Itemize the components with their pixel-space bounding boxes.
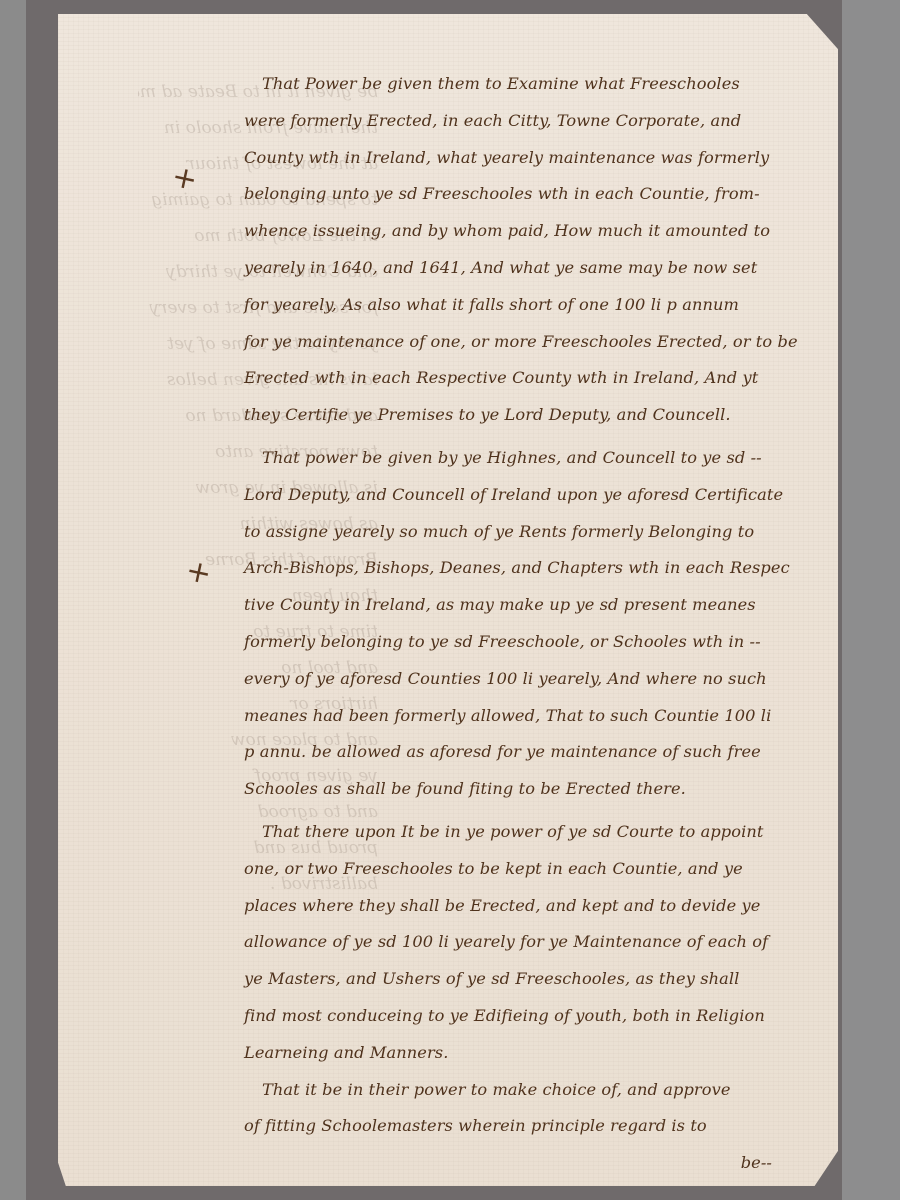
text-line: ye Masters, and Ushers of ye sd Freescho…	[244, 961, 854, 998]
text-line: tive County in Ireland, as may make up y…	[244, 587, 854, 624]
text-line: Learneing and Manners.	[244, 1035, 854, 1072]
paragraph-4: That it be in their power to make choice…	[244, 1072, 854, 1182]
text-line: find most conduceing to ye Edifieing of …	[244, 998, 854, 1035]
text-line: County wth in Ireland, what yearely main…	[244, 140, 854, 177]
text-line: to assigne yearely so much of ye Rents f…	[244, 514, 854, 551]
text-line: That power be given by ye Highnes, and C…	[244, 440, 854, 477]
text-line: formerly belonging to ye sd Freeschoole,…	[244, 624, 854, 661]
text-line: allowance of ye sd 100 li yearely for ye…	[244, 924, 854, 961]
paragraph-3: That there upon It be in ye power of ye …	[244, 814, 854, 1072]
text-line: one, or two Freeschooles to be kept in e…	[244, 851, 854, 888]
text-line: were formerly Erected, in each Citty, To…	[244, 103, 854, 140]
text-line: That Power be given them to Examine what…	[244, 66, 854, 103]
text-line: Arch-Bishops, Bishops, Deanes, and Chapt…	[244, 550, 854, 587]
text-line: That it be in their power to make choice…	[244, 1072, 854, 1109]
text-line: places where they shall be Erected, and …	[244, 888, 854, 925]
text-line: every of ye aforesd Counties 100 li year…	[244, 661, 854, 698]
text-line: meanes had been formerly allowed, That t…	[244, 698, 854, 735]
manuscript-body: That Power be given them to Examine what…	[244, 66, 854, 1182]
text-line: Lord Deputy, and Councell of Ireland upo…	[244, 477, 854, 514]
text-line: p annu. be allowed as aforesd for ye mai…	[244, 734, 854, 771]
catchword: be--	[244, 1145, 854, 1182]
text-line: That there upon It be in ye power of ye …	[244, 814, 854, 851]
text-line: belonging unto ye sd Freeschooles wth in…	[244, 176, 854, 213]
paragraph-1: That Power be given them to Examine what…	[244, 66, 854, 434]
text-line: for ye maintenance of one, or more Frees…	[244, 324, 854, 361]
text-line: they Certifie ye Premises to ye Lord Dep…	[244, 397, 854, 434]
text-line: whence issueing, and by whom paid, How m…	[244, 213, 854, 250]
text-line: Erected wth in each Respective County wt…	[244, 360, 854, 397]
text-line: of fitting Schoolemasters wherein princi…	[244, 1108, 854, 1145]
text-line: yearely in 1640, and 1641, And what ye s…	[244, 250, 854, 287]
text-line: for yearely, As also what it falls short…	[244, 287, 854, 324]
paragraph-2: That power be given by ye Highnes, and C…	[244, 440, 854, 808]
text-line: Schooles as shall be found fiting to be …	[244, 771, 854, 808]
